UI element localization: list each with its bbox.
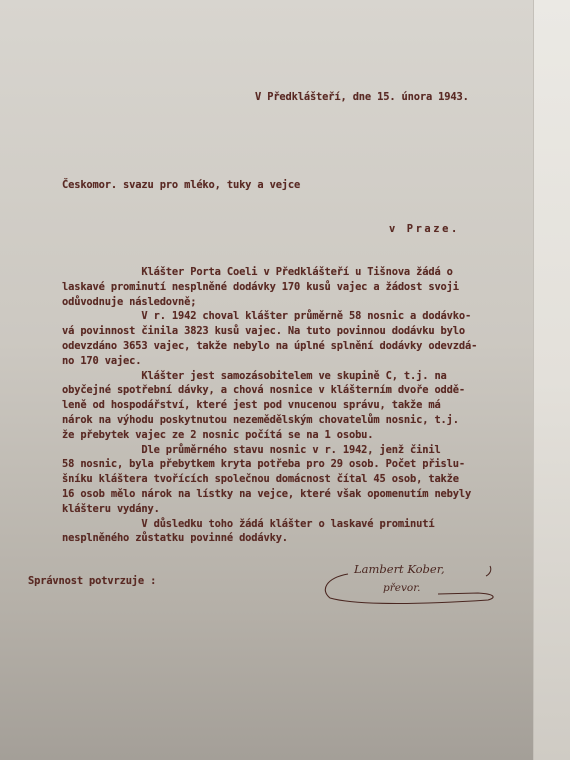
body-line: Klášter jest samozásobitelem ve skupině … [62, 369, 477, 384]
body-line: Dle průměrného stavu nosnic v r. 1942, j… [62, 443, 477, 458]
body-line: klášteru vydány. [62, 502, 477, 517]
date-line: V Předklášteří, dne 15. února 1943. [255, 90, 469, 105]
body-line: laskavé prominutí nesplněné dodávky 170 … [62, 280, 477, 295]
paper-edge [533, 0, 570, 760]
body-line: no 170 vajec. [62, 354, 477, 369]
body-line: 16 osob mělo nárok na lístky na vejce, k… [62, 487, 477, 502]
body-line: že přebytek vajec ze 2 nosnic počítá se … [62, 428, 477, 443]
signature-name: Lambert Kober, [354, 562, 445, 576]
body-line: odůvodnuje následovně; [62, 295, 477, 310]
body-line: nárok na výhodu poskytnutou nezemědělský… [62, 413, 477, 428]
body-line: V r. 1942 choval klášter průměrně 58 nos… [62, 309, 477, 324]
body-line: odevzdáno 3653 vajec, takže nebylo na úp… [62, 339, 477, 354]
body-line: Klášter Porta Coeli v Předklášteří u Tiš… [62, 265, 477, 280]
body-line: obyčejné spotřební dávky, a chová nosnic… [62, 383, 477, 398]
signature: Lambert Kober, převor. [318, 560, 498, 610]
letter-sheet: V Předklášteří, dne 15. února 1943. Česk… [0, 0, 535, 760]
recipient-line: Českomor. svazu pro mléko, tuky a vejce [62, 178, 300, 193]
confirmation-label: Správnost potvrzuje : [28, 574, 156, 589]
body-line: šníku kláštera tvořících společnou domác… [62, 472, 477, 487]
body-line: V důsledku toho žádá klášter o laskavé p… [62, 517, 477, 532]
letter-body: Klášter Porta Coeli v Předklášteří u Tiš… [62, 265, 477, 546]
body-line: 58 nosnic, byla přebytkem kryta potřeba … [62, 457, 477, 472]
body-line: vá povinnost činila 3823 kusů vajec. Na … [62, 324, 477, 339]
body-line: leně od hospodářství, které jest pod vnu… [62, 398, 477, 413]
body-line: nesplněného zůstatku povinné dodávky. [62, 531, 477, 546]
recipient-place: v Praze. [389, 222, 460, 237]
signature-title: převor. [383, 582, 420, 594]
